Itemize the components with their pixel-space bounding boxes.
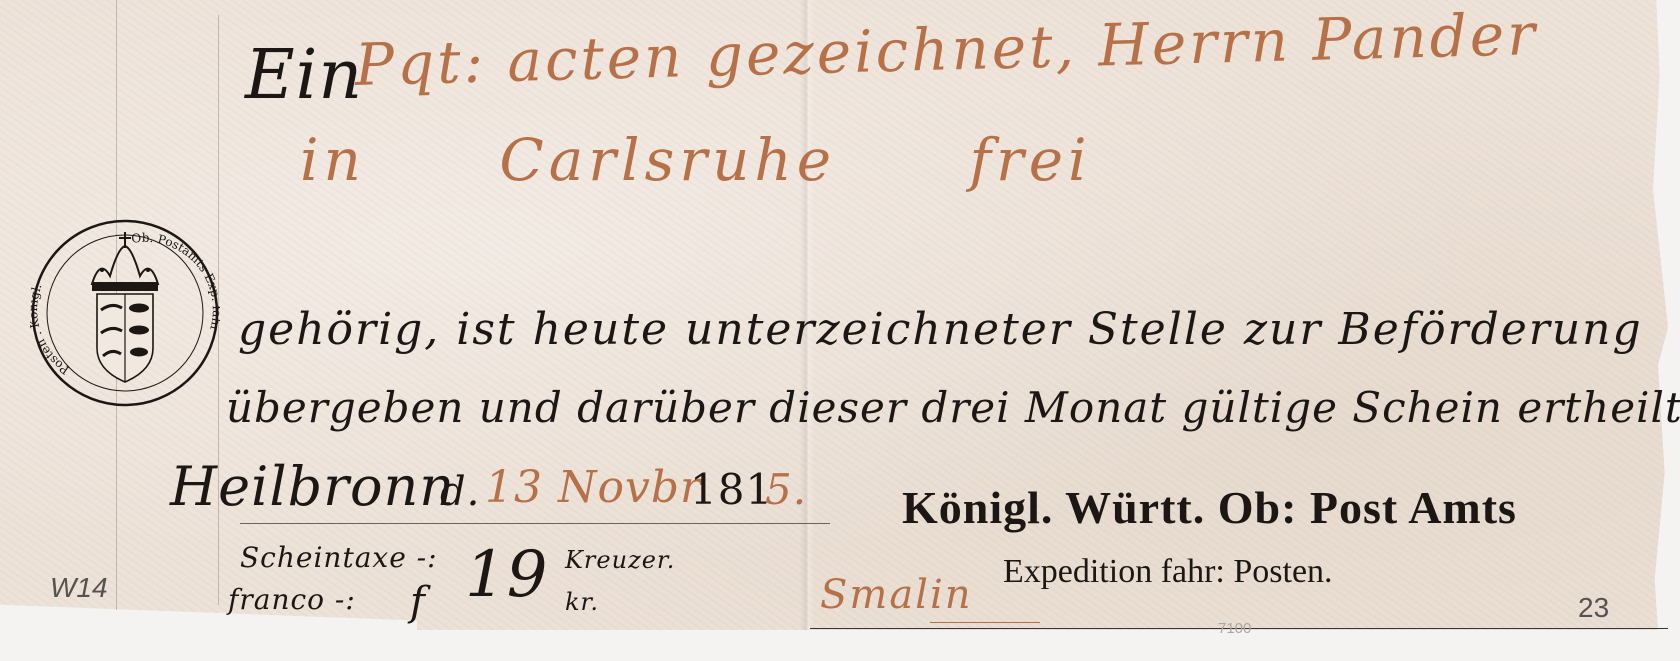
crown-over-wuerttemberg-coat-of-arms-icon: Posten . Königl. Ob. Postamts Exp: fahr xyxy=(30,221,220,405)
year-printed: 181 xyxy=(690,460,773,520)
fee-label-scheintaxe: Scheintaxe -: xyxy=(240,538,438,578)
document-scan: Ein Pqt: acten gezeichnet, Herrn Pander … xyxy=(0,0,1680,661)
fee-unit-kreuzer: Kreuzer. xyxy=(565,542,675,578)
date-prefix: d. xyxy=(440,462,480,522)
place-name: Heilbronn xyxy=(170,452,455,522)
clerk-signature: Smalin xyxy=(820,570,973,620)
pencil-annotation-left: W14 xyxy=(50,572,108,604)
year-handwritten: 5. xyxy=(765,460,807,520)
pencil-annotation-faint: 7100 xyxy=(1218,620,1251,637)
signature-underline xyxy=(930,622,1040,623)
seal-text-left: Posten . Königl. xyxy=(30,281,72,377)
body-line-1: gehörig, ist heute unterzeichneter Stell… xyxy=(238,300,1643,360)
pencil-annotation-right: 23 xyxy=(1578,592,1609,624)
date-handwritten: 13 Novbr xyxy=(485,458,702,518)
header-prefix: Ein xyxy=(245,36,363,116)
svg-text:Posten . Königl.: Posten . Königl. xyxy=(30,281,72,377)
fee-amount: 19 xyxy=(465,540,548,610)
imprint-department: Expedition fahr: Posten. xyxy=(1003,550,1333,594)
header-destination-line: in Carlsruhe frei xyxy=(300,125,1092,195)
fee-currency-f: f xyxy=(410,582,426,622)
body-line-2: übergeben und darüber dieser drei Monat … xyxy=(226,378,1680,438)
fee-label-franco: franco -: xyxy=(228,580,356,620)
postal-seal-stamp: Posten . Königl. Ob. Postamts Exp: fahr xyxy=(30,218,220,408)
imprint-office-name: Königl. Württ. Ob: Post Amts xyxy=(902,478,1517,538)
date-baseline-rule xyxy=(240,523,830,524)
fee-unit-kr: kr. xyxy=(565,584,599,620)
